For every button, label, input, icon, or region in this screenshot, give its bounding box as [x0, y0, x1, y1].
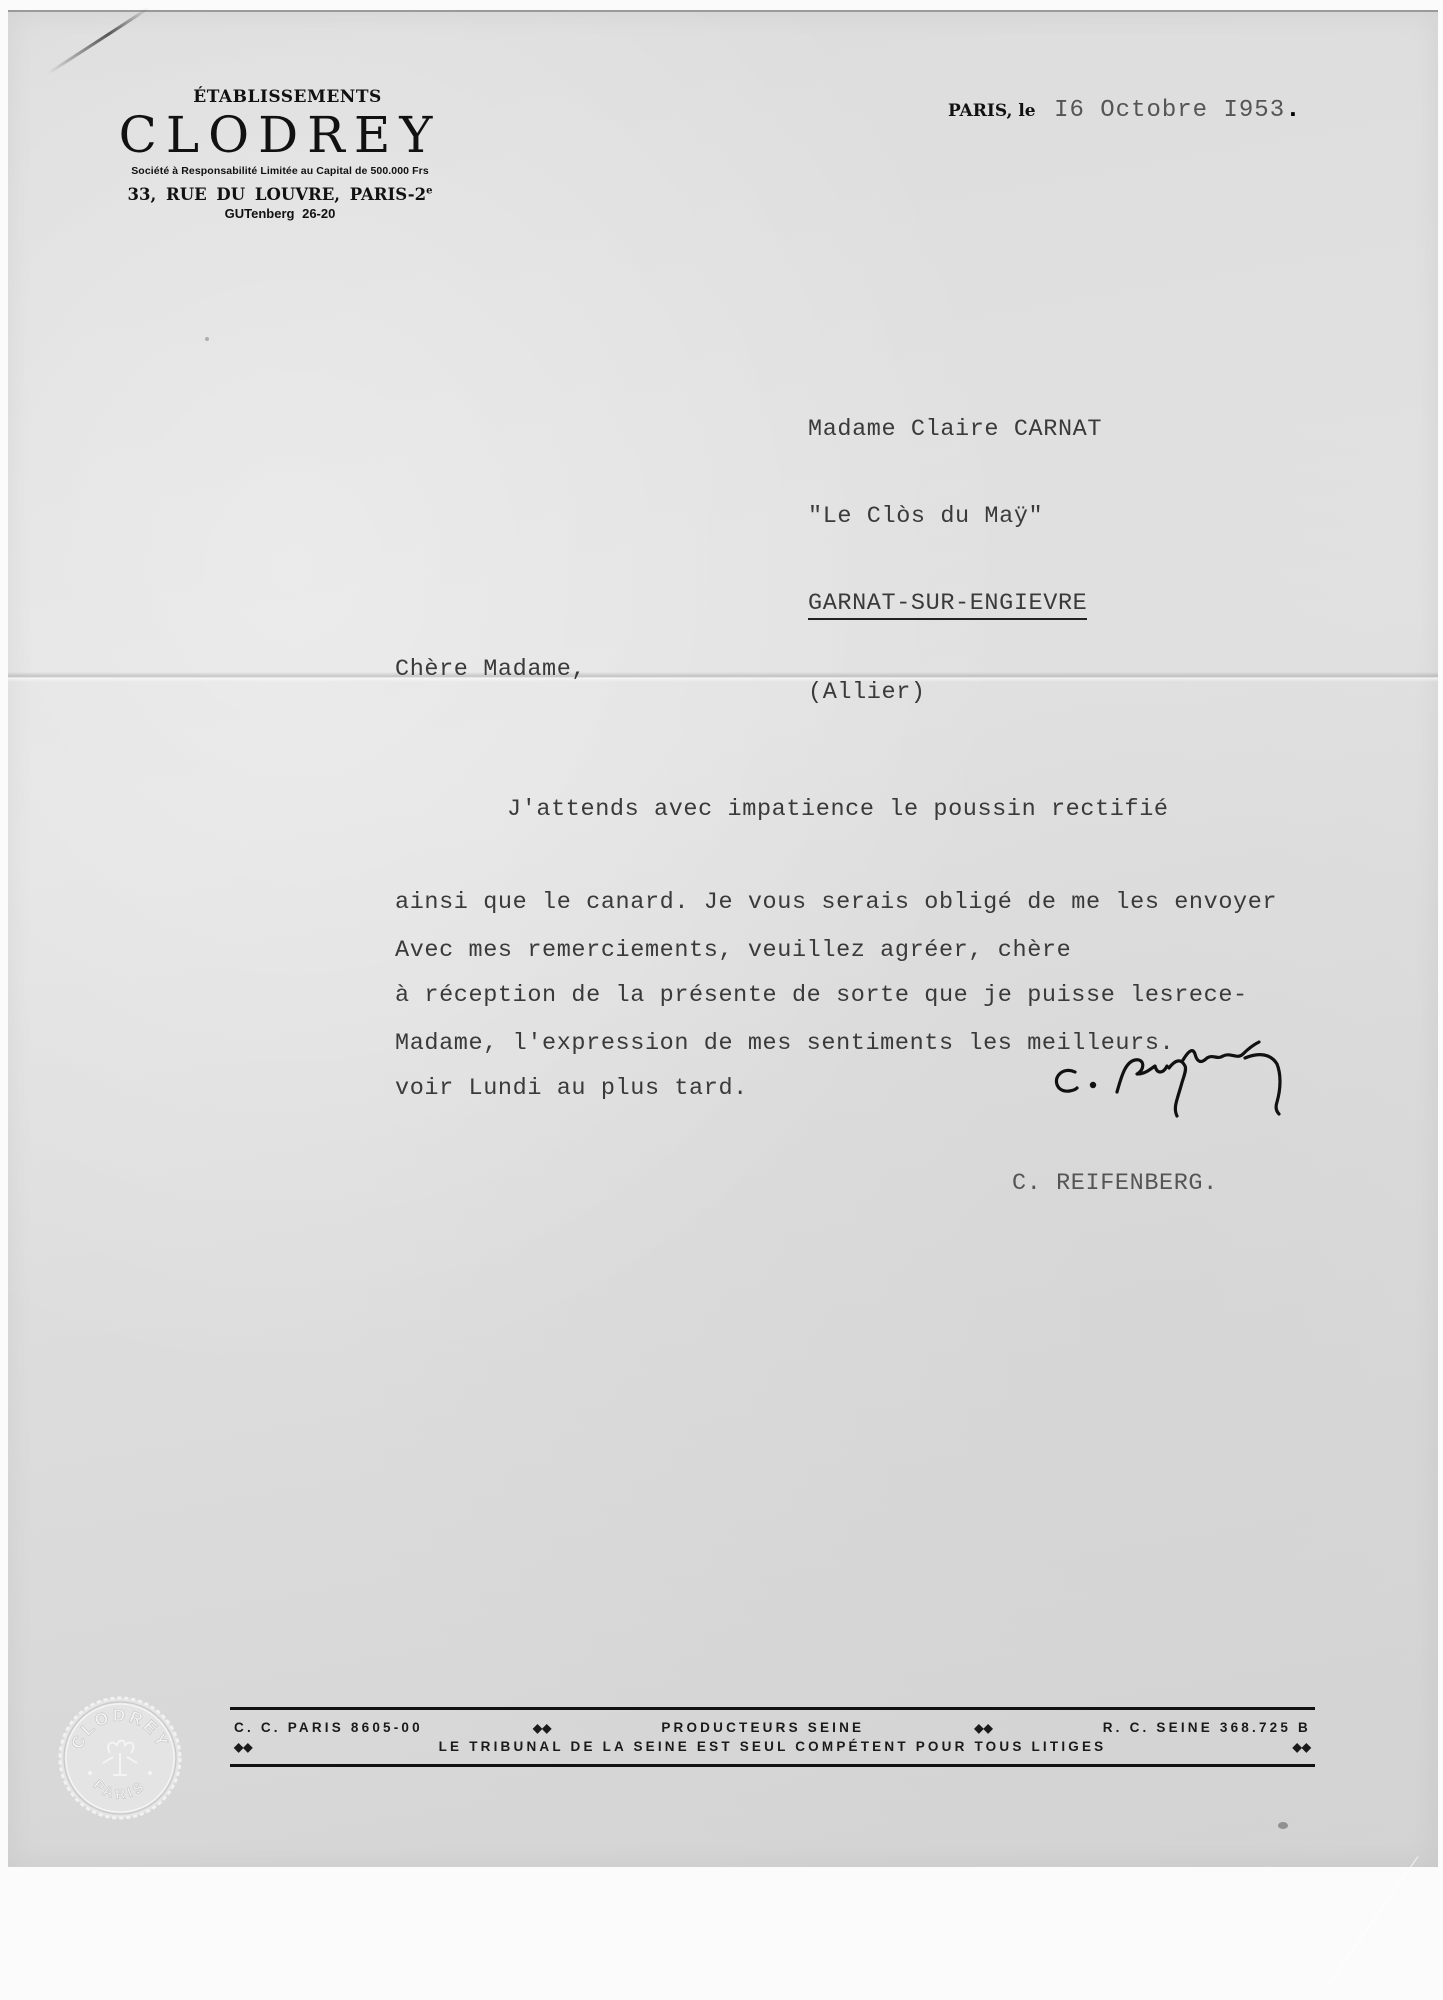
address-text: 33, RUE DU LOUVRE, PARIS-2 [128, 185, 427, 204]
diamond-separator-icon: ◆◆ [533, 1721, 551, 1735]
company-name: CLODREY [100, 109, 460, 161]
footer-registration-row: C. C. PARIS 8605-00 ◆◆ PRODUCTEURS SEINE… [230, 1720, 1315, 1735]
date-terminator: . [1285, 94, 1301, 124]
body-line: J'attends avec impatience le poussin rec… [395, 794, 1277, 825]
recipient-department: (Allier) [808, 678, 1102, 707]
salutation: Chère Madame, [395, 656, 586, 683]
diamond-separator-icon: ◆◆ [234, 1740, 252, 1754]
footer-bottom-rule [230, 1764, 1315, 1767]
establishment-label: ÉTABLISSEMENTS [115, 87, 460, 107]
handwritten-signature: C. Reifenberg [1045, 1030, 1365, 1125]
letterhead: ÉTABLISSEMENTS CLODREY Société à Respons… [100, 87, 460, 221]
date-label: PARIS, le [948, 101, 1036, 121]
date-line: PARIS, le I6 Octobre I953. [948, 94, 1301, 124]
footer-jurisdiction: LE TRIBUNAL DE LA SEINE EST SEUL COMPÉTE… [439, 1739, 1107, 1754]
letterhead-footer: C. C. PARIS 8605-00 ◆◆ PRODUCTEURS SEINE… [230, 1707, 1315, 1767]
recipient-town: GARNAT-SUR-ENGIEVRE [808, 589, 1087, 620]
closing-line: Avec mes remerciements, veuillez agréer,… [395, 935, 1174, 966]
embossed-seal: CLODREY PARIS [55, 1693, 185, 1823]
address-suffix: e [426, 186, 432, 197]
fold-crease [8, 672, 1438, 682]
footer-top-rule [230, 1707, 1315, 1710]
footer-jurisdiction-row: ◆◆ LE TRIBUNAL DE LA SEINE EST SEUL COMP… [230, 1739, 1315, 1754]
diamond-separator-icon: ◆◆ [974, 1721, 992, 1735]
corner-crease [47, 7, 149, 75]
recipient-estate: "Le Clòs du Maÿ" [808, 502, 1102, 531]
diamond-separator-icon: ◆◆ [1293, 1740, 1311, 1754]
legal-form: Société à Responsabilité Limitée au Capi… [100, 165, 460, 177]
signature-icon: C. Reifenberg [1045, 1030, 1365, 1120]
company-telephone: GUTenberg 26-20 [100, 206, 460, 221]
corner-crease-bottom [1326, 1856, 1419, 1988]
ink-smudge [1278, 1822, 1288, 1829]
recipient-address: Madame Claire CARNAT "Le Clòs du Maÿ" GA… [808, 357, 1102, 736]
date-value: I6 Octobre I953 [1054, 97, 1285, 124]
footer-producteurs: PRODUCTEURS SEINE [661, 1720, 864, 1735]
recipient-name: Madame Claire CARNAT [808, 415, 1102, 444]
company-address: 33, RUE DU LOUVRE, PARIS-2e [100, 185, 460, 204]
ink-spot [205, 337, 209, 341]
signer-name: C. REIFENBERG. [1012, 1170, 1218, 1197]
footer-cc-paris: C. C. PARIS 8605-00 [234, 1720, 423, 1735]
seal-icon: CLODREY PARIS [55, 1693, 185, 1823]
footer-rc-seine: R. C. SEINE 368.725 B [1103, 1720, 1311, 1735]
